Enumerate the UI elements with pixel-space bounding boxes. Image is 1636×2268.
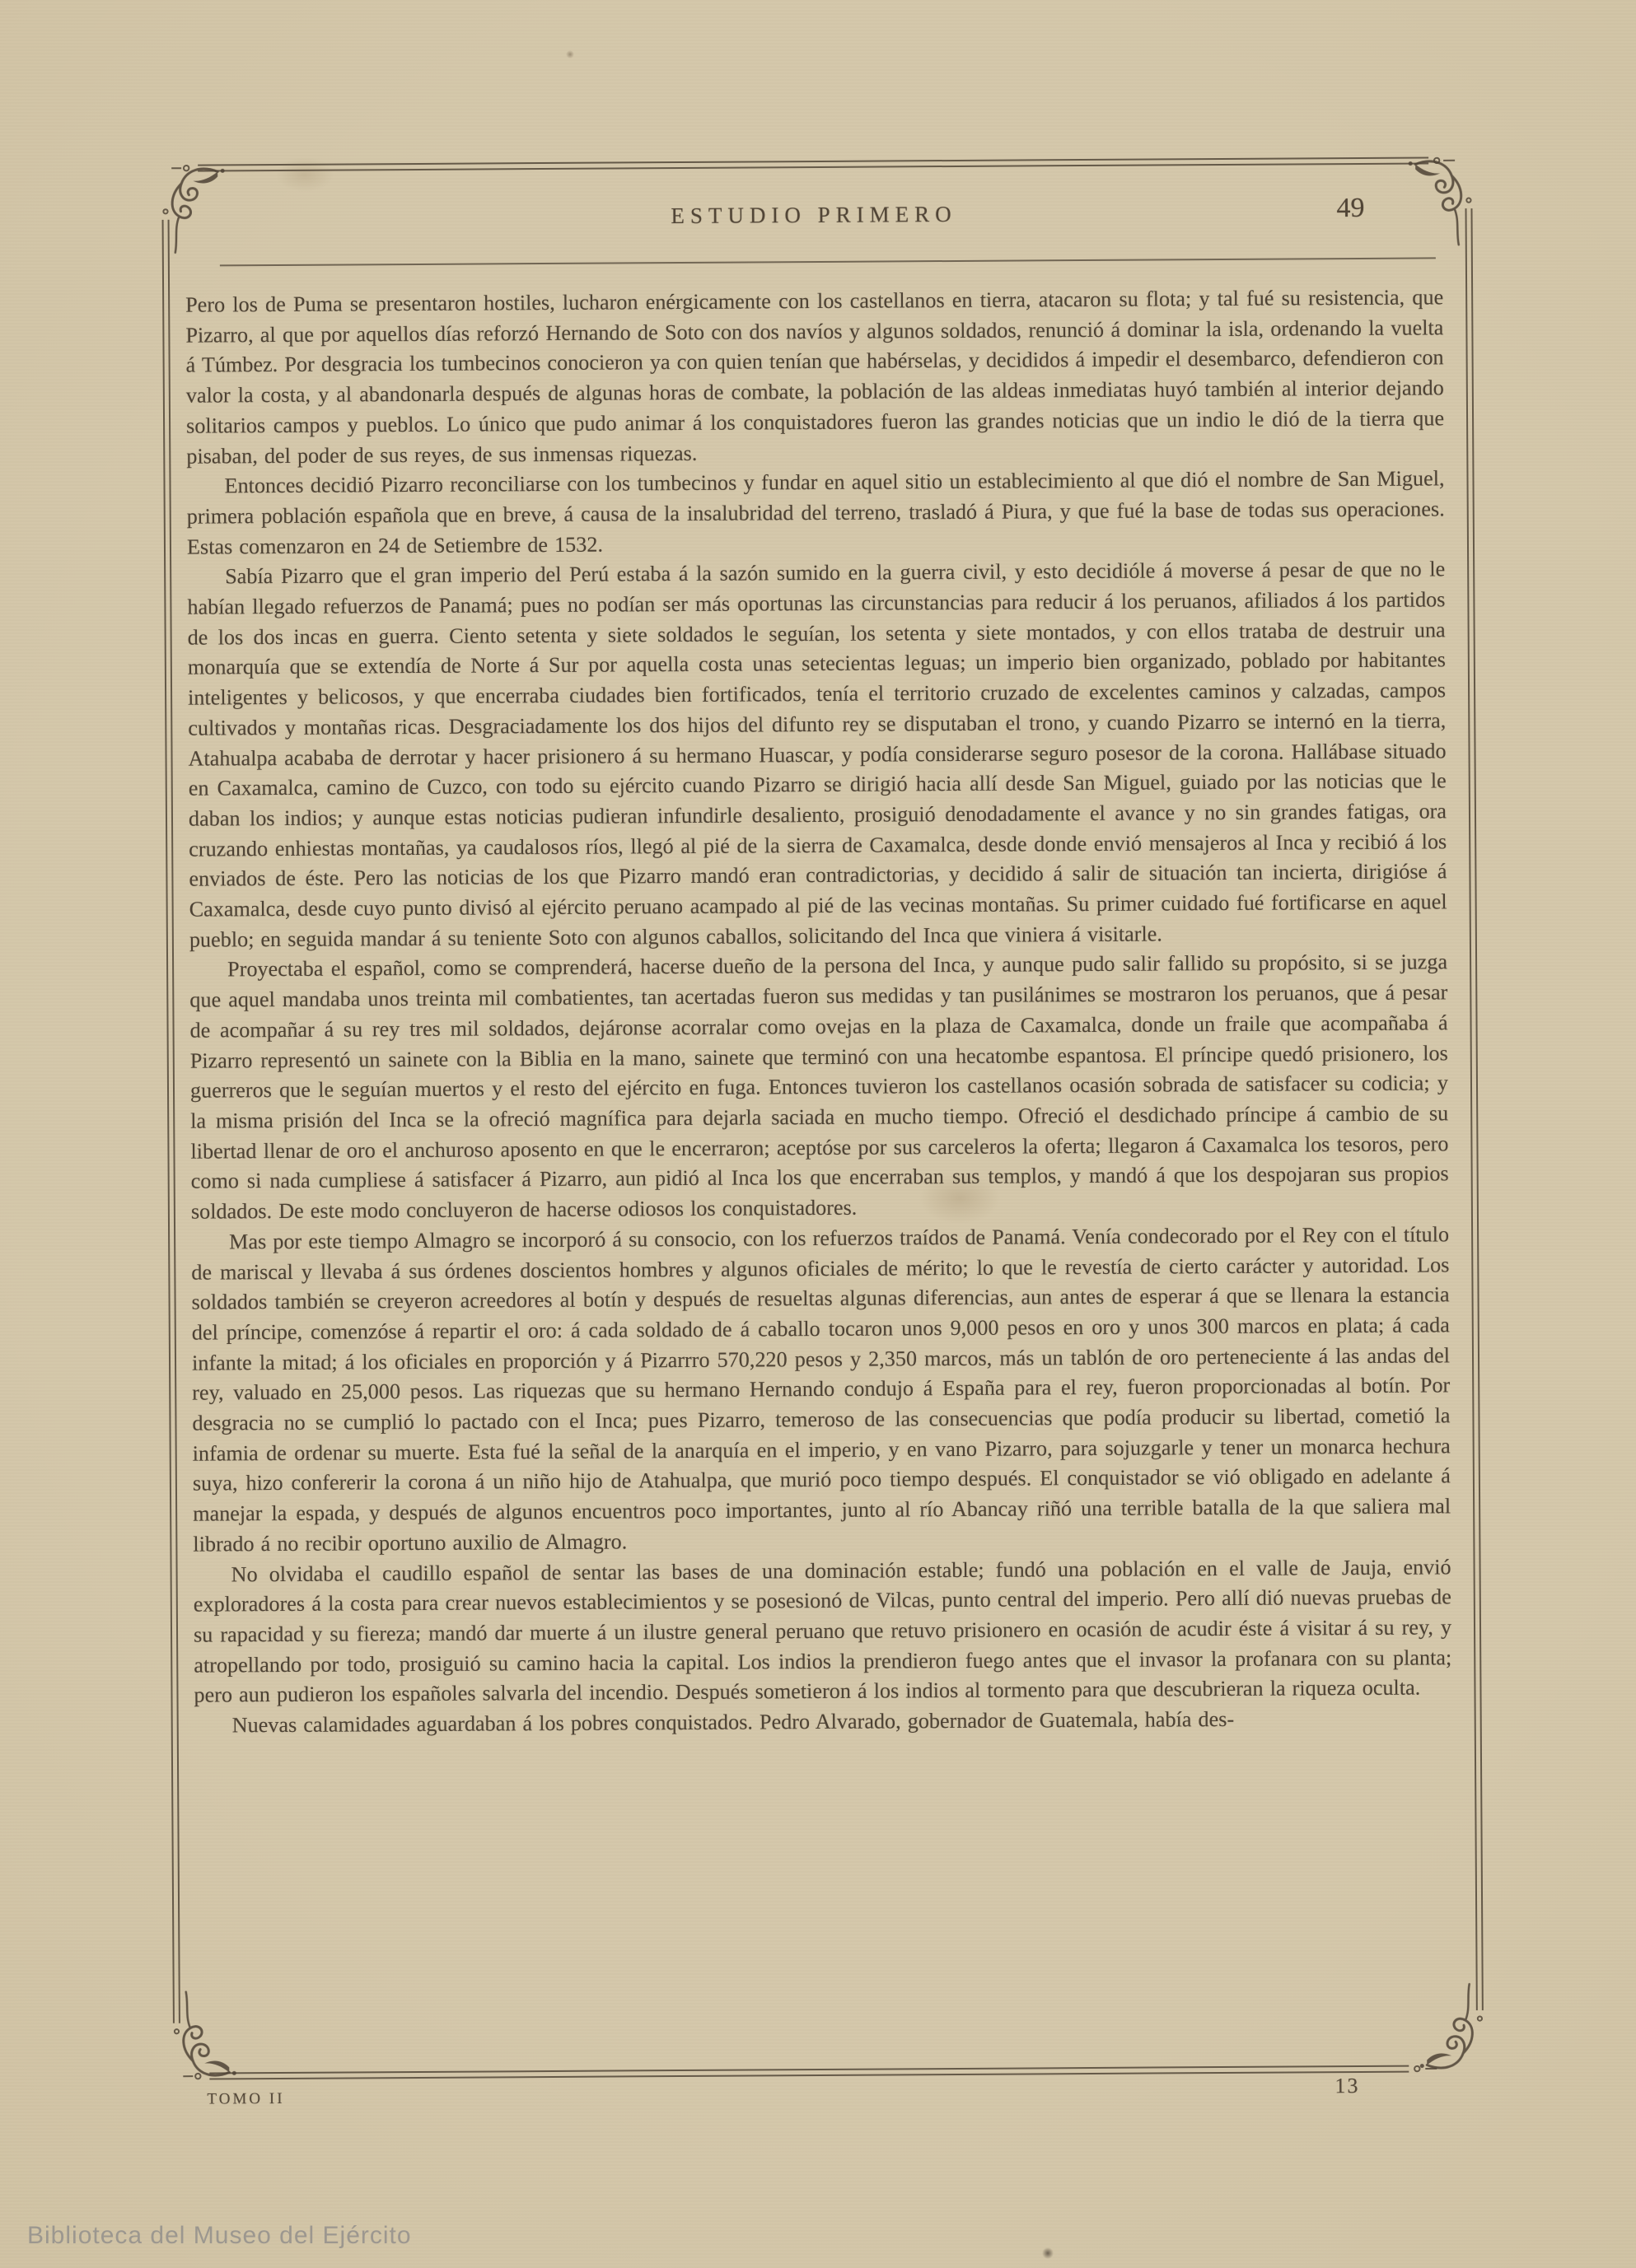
body-paragraph: Mas por este tiempo Almagro se incorporó… [191,1220,1451,1560]
corner-flourish-icon [183,1991,236,2075]
body-paragraph: Entonces decidió Pizarro reconciliarse c… [186,464,1445,562]
body-paragraph: Sabía Pizarro que el gran imperio del Pe… [187,555,1447,955]
footer-signature-number: 13 [1335,2074,1359,2098]
body-text: Pero los de Puma se presentaron hostiles… [185,282,1452,1741]
corner-flourish-icon [1419,1984,1472,2068]
library-watermark: Biblioteca del Museo del Ejército [27,2222,412,2250]
scanned-book-page: ESTUDIO PRIMERO 49 Pero los de Puma se p… [0,0,1636,2268]
footer-volume-label: TOMO II [207,2090,284,2109]
page-number: 49 [1336,193,1394,224]
body-paragraph: No olvidaba el caudillo español de senta… [193,1552,1451,1711]
body-paragraph: Proyectaba el español, como se comprende… [189,948,1449,1228]
body-paragraph: Pero los de Puma se presentaron hostiles… [185,282,1444,472]
header-rule [220,258,1436,265]
printed-content: ESTUDIO PRIMERO 49 Pero los de Puma se p… [0,0,1636,2268]
